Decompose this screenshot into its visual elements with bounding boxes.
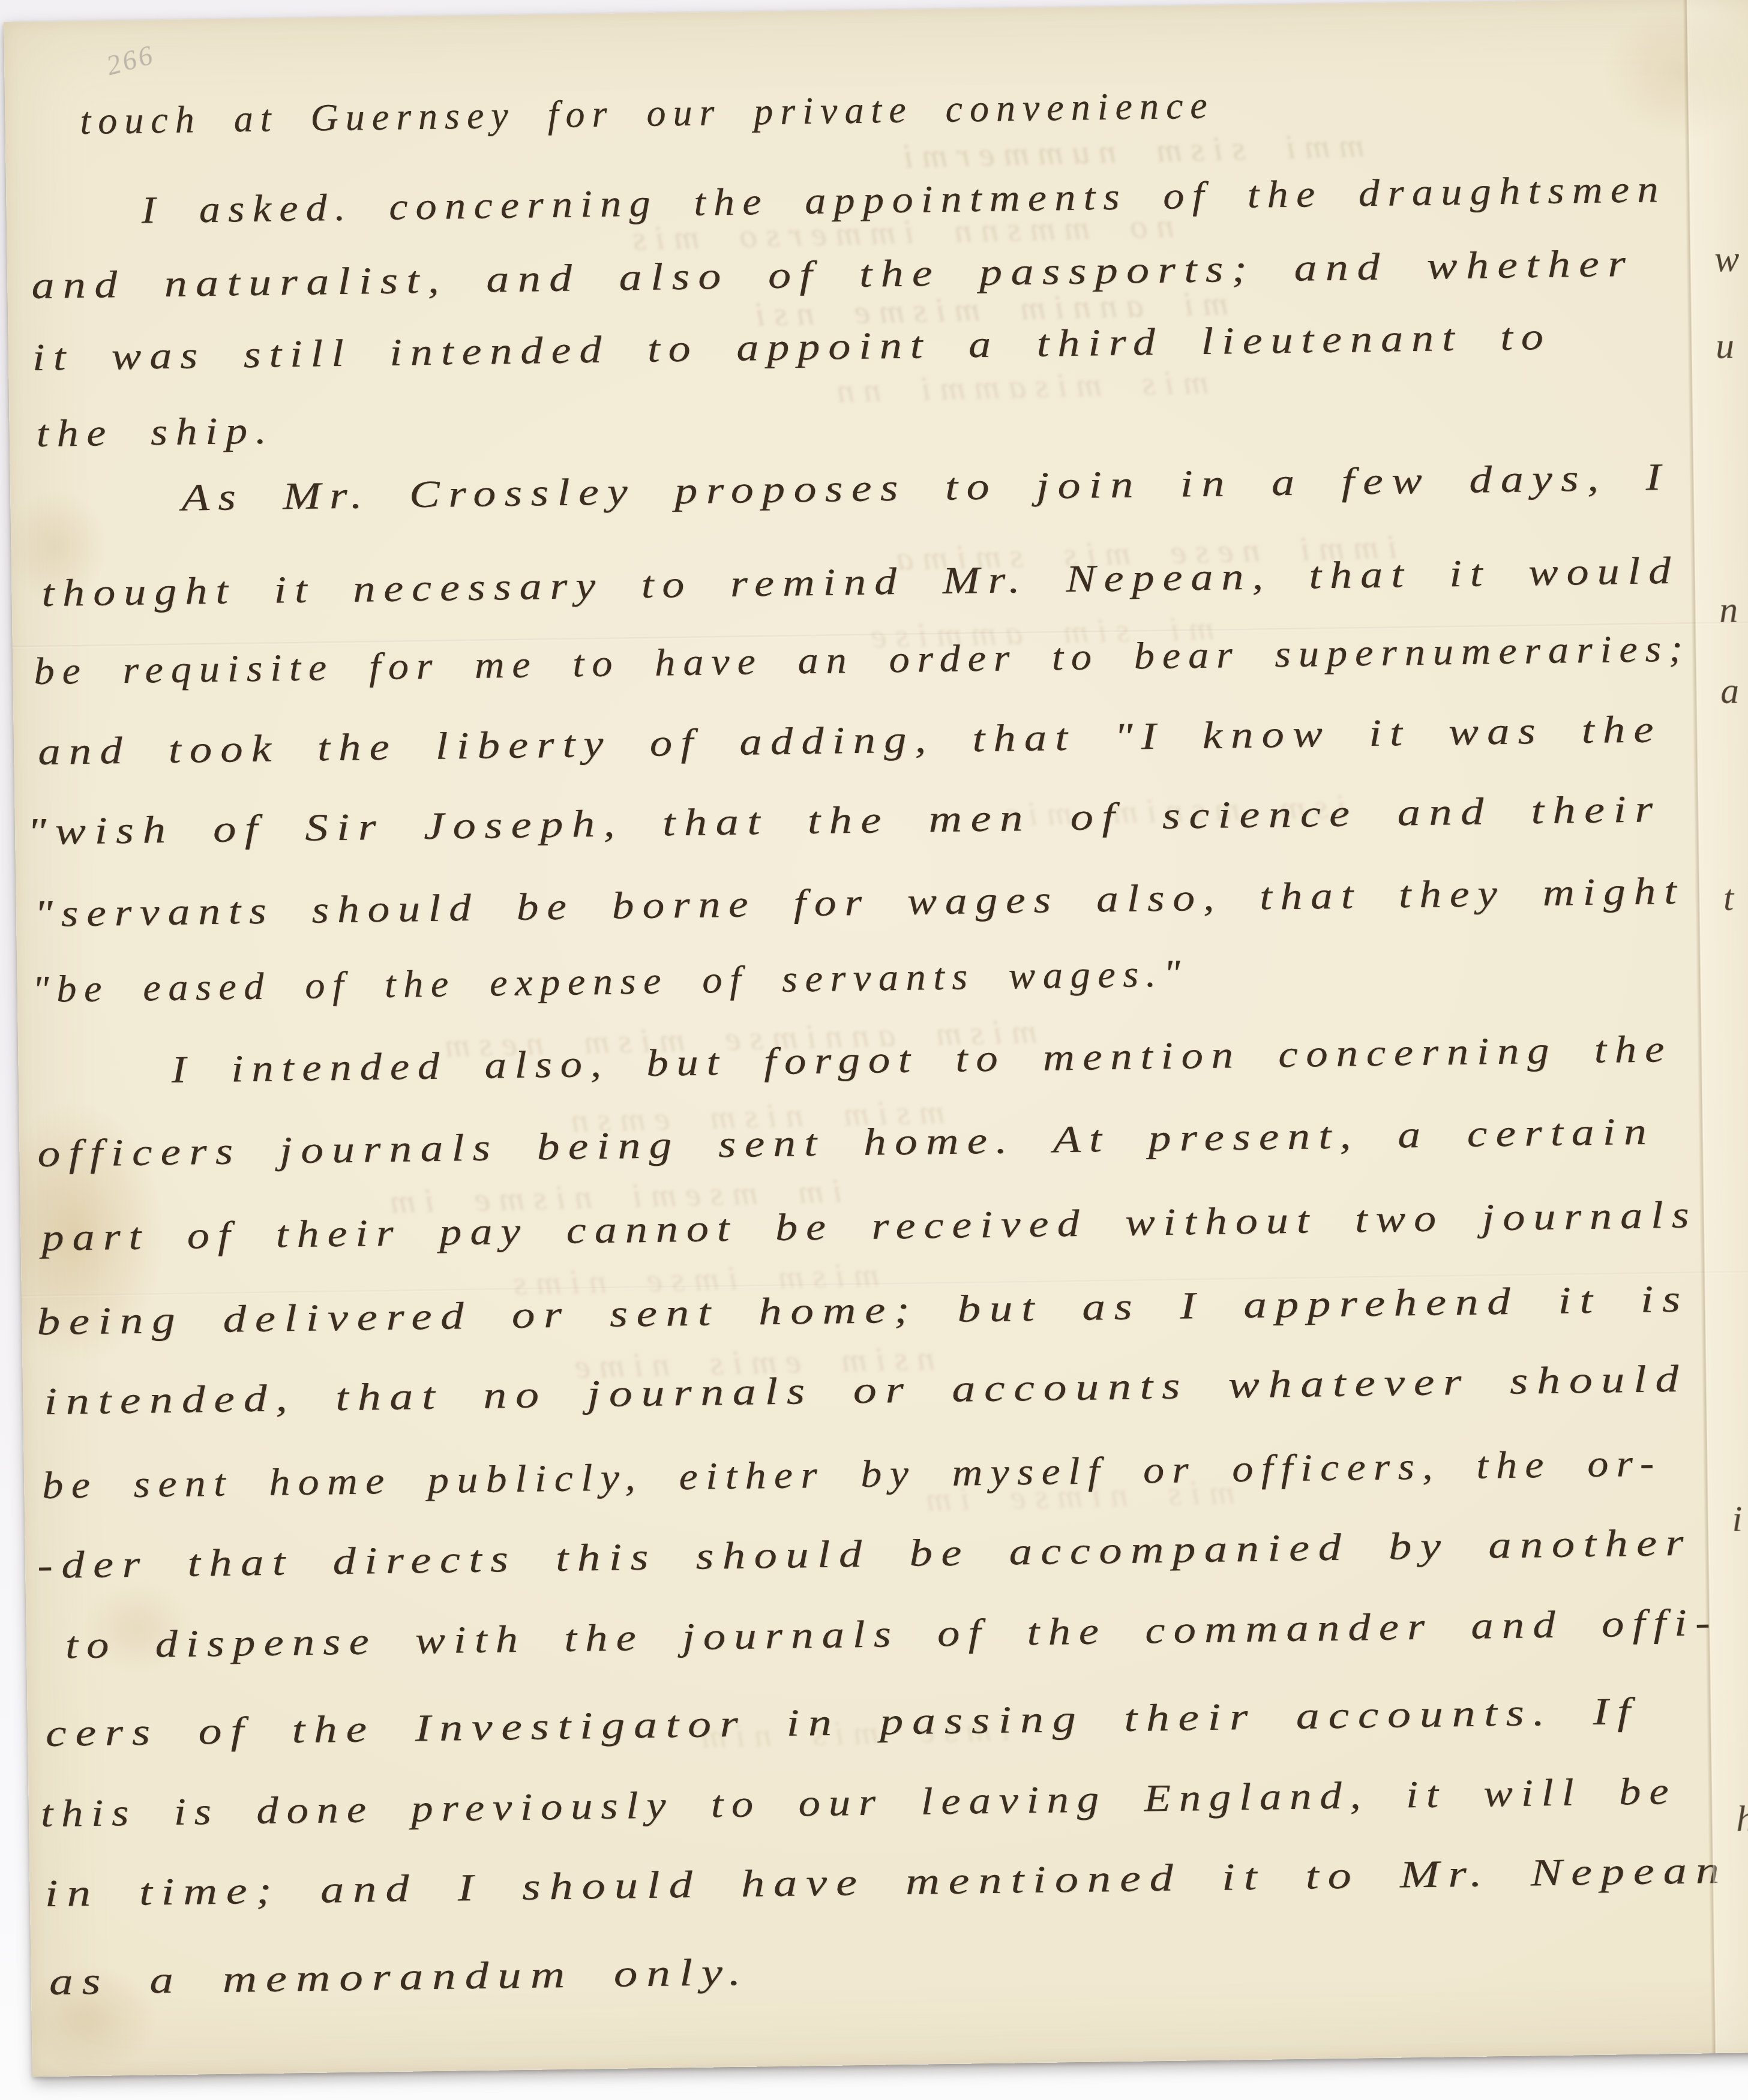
manuscript-line: officers journals being sent home. At pr… [37, 1112, 1655, 1173]
manuscript-line: -der that directs this should be accompa… [37, 1523, 1693, 1585]
adjacent-page-ink-fragment: w [1714, 238, 1740, 281]
manuscript-line: I intended also, but forgot to mention c… [171, 1030, 1672, 1089]
letter-body-text: touch at Guernsey for our private conven… [4, 0, 1748, 22]
archival-number-pencil: 266 [103, 38, 158, 82]
manuscript-line: "servants should be borne for wages also… [34, 872, 1685, 933]
adjacent-page-ink-fragment: u [1716, 325, 1735, 367]
manuscript-line: to dispense with the journals of the com… [65, 1603, 1719, 1664]
manuscript-line: touch at Guernsey for our private conven… [80, 86, 1215, 140]
bleedthrough-ghost-text: mmi sism nummermi [894, 127, 1365, 176]
manuscript-line: be sent home publicly, either by myself … [42, 1444, 1662, 1505]
manuscript-line: in time; and I should have mentioned it … [44, 1851, 1728, 1913]
manuscript-line: be requisite for me to have an order to … [34, 629, 1690, 691]
manuscript-line: being delivered or sent home; but as I a… [37, 1280, 1689, 1341]
adjacent-page-ink-fragment: n [1719, 589, 1738, 631]
fold-fragments-layer: wunatih [4, 0, 1748, 22]
adjacent-page-ink-fragment: h [1736, 1798, 1748, 1840]
manuscript-line: as a memorandum only. [49, 1953, 749, 2001]
manuscript-line: it was still intended to appoint a third… [32, 317, 1552, 377]
manuscript-line: intended, that no journals or accounts w… [44, 1360, 1688, 1421]
manuscript-line: and took the liberty of adding, that "I … [38, 710, 1662, 771]
adjacent-page-ink-fragment: a [1720, 670, 1740, 712]
bleedthrough-layer: mmi sism nummermino mmsnn immerso mismi … [4, 0, 1748, 22]
manuscript-line: I asked. concerning the appointments of … [141, 170, 1666, 229]
manuscript-line: As Mr. Crossley proposes to join in a fe… [181, 458, 1670, 517]
manuscript-line: "wish of Sir Joseph, that the men of sci… [27, 790, 1662, 851]
bleedthrough-ghost-text: mis misammi nn [827, 364, 1209, 411]
adjacent-page-ink-fragment: i [1732, 1498, 1743, 1540]
manuscript-line: this is done previously to our leaving E… [40, 1772, 1677, 1833]
scan-background: mmi sism nummermino mmsnn immerso mismi … [0, 0, 1748, 2100]
manuscript-line: "be eased of the expense of servants wag… [32, 954, 1188, 1009]
manuscript-line: part of their pay cannot be received wit… [41, 1195, 1698, 1257]
manuscript-line: the ship. [36, 411, 274, 453]
adjacent-page-ink-fragment: t [1723, 877, 1734, 920]
letter-page: mmi sism nummermino mmsnn immerso mismi … [4, 0, 1748, 2077]
manuscript-line: thought it necessary to remind Mr. Nepea… [41, 551, 1679, 613]
